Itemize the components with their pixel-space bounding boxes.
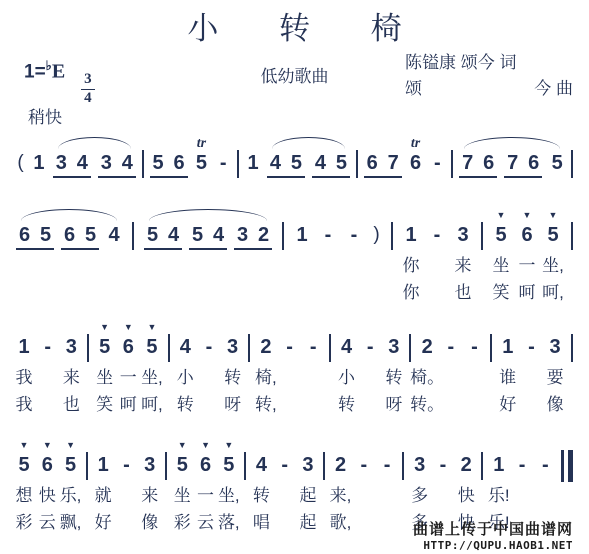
lyric-verse1: 坐 <box>96 364 113 391</box>
note-digit: 1 <box>16 335 32 359</box>
note: 3来也 <box>63 320 79 418</box>
note: 1 <box>31 136 47 175</box>
note: 1就好 <box>95 438 111 536</box>
note: 1 <box>294 208 310 247</box>
lyric-verse2: 歌, <box>330 509 352 536</box>
lyric-verse2: 呵, <box>141 391 163 418</box>
lyric-verse1: 椅。 <box>410 364 444 391</box>
barline <box>481 452 483 480</box>
barline <box>571 222 573 250</box>
note-digit: - <box>305 335 321 359</box>
credit-composer: 颂 今 曲 <box>405 76 573 102</box>
duration-dash: - <box>523 320 539 359</box>
note-digit: - <box>282 335 298 359</box>
accent-mark: ▼ <box>147 320 156 335</box>
note-digit: 5 <box>16 453 32 477</box>
lyric-verse1: 来 <box>63 364 80 391</box>
note: 2来,歌, <box>333 438 349 536</box>
note-digit: 5 <box>84 223 97 247</box>
note-digit: 3 <box>455 223 471 247</box>
duration-dash: - <box>514 438 530 477</box>
music-line-2: 656545454321--)1你你-3来也▼5坐笑▼6一呵▼5坐,呵, <box>16 208 573 306</box>
lyric-verse1: 转 <box>224 364 241 391</box>
duration-dash: - <box>282 320 298 359</box>
note-digit: - <box>201 335 217 359</box>
lyric-verse2: 唱 <box>253 509 270 536</box>
paren-glyph: ( <box>16 151 25 175</box>
note-digit: - <box>466 335 482 359</box>
lyric-verse1: 坐 <box>174 482 191 509</box>
lyric-verse2: 好 <box>95 509 112 536</box>
note-digit: - <box>429 151 445 175</box>
lyric-verse2: 你 <box>403 279 420 306</box>
barline <box>132 222 134 250</box>
note-digit: 2 <box>419 335 435 359</box>
note-digit: 5 <box>493 223 509 247</box>
score-page: 小 转 椅 1=♭E34 低幼歌曲 陈镒康 颂今 词 颂 今 曲 稍快 (134… <box>0 0 589 554</box>
lyric-verse1: 转 <box>253 482 270 509</box>
lyric-verse1: 谁 <box>499 364 516 391</box>
lyric-verse2: 也 <box>455 279 472 306</box>
barline <box>86 452 88 480</box>
note-digit: 5 <box>144 335 160 359</box>
lyric-verse2: 像 <box>547 391 564 418</box>
lyric-verse1: 坐 <box>493 252 510 279</box>
lyric-verse1: 坐, <box>141 364 163 391</box>
note: 2椅,转, <box>258 320 274 418</box>
note-digit: 4 <box>106 223 122 247</box>
barline <box>165 452 167 480</box>
barline <box>451 150 453 178</box>
accent-mark: ▼ <box>549 208 558 223</box>
beam-underline: 34 <box>98 151 136 178</box>
note-digit: 5 <box>193 151 209 175</box>
note-digit: 3 <box>63 335 79 359</box>
lyric-verse2: 呵 <box>519 279 536 306</box>
slur-group: 76765 <box>459 136 565 178</box>
note-digit: 3 <box>386 335 402 359</box>
note: ▼5坐,呵, <box>545 208 561 306</box>
lyric-verse2: 彩 <box>16 509 33 536</box>
note-digit: - <box>40 335 56 359</box>
lyric-verse1: 快 <box>458 482 475 509</box>
note: 3来也 <box>455 208 471 306</box>
note-digit: 4 <box>314 151 327 175</box>
watermark-url: HTTP://QUPU.HAOB1.NET <box>413 539 573 552</box>
duration-dash: - <box>277 438 293 477</box>
note-digit: - <box>523 335 539 359</box>
note-digit: 1 <box>491 453 507 477</box>
duration-dash: - <box>40 320 56 359</box>
barline <box>142 150 144 178</box>
slur-group: 3434 <box>53 136 136 178</box>
note-digit: 2 <box>333 453 349 477</box>
duration-dash: - <box>362 320 378 359</box>
accent-mark: ▼ <box>20 438 29 453</box>
note-digit: 4 <box>121 151 134 175</box>
lyric-verse1: 多 <box>411 482 428 509</box>
lyric-verse1: 快 <box>39 482 56 509</box>
note-digit: 4 <box>177 335 193 359</box>
duration-dash: - <box>466 320 482 359</box>
note: 3转呀 <box>386 320 402 418</box>
note: ▼6一呵 <box>120 320 136 418</box>
note-digit: 4 <box>76 151 89 175</box>
lyric-verse1: 就 <box>95 482 112 509</box>
lyric-verse1: 椅, <box>255 364 277 391</box>
beam-underline: 54 <box>144 223 182 250</box>
note: 2椅。转。 <box>419 320 435 418</box>
note-digit: 6 <box>482 151 495 175</box>
lyric-verse1: 小 <box>177 364 194 391</box>
duration-dash: - <box>443 320 459 359</box>
beam-underline: 45 <box>267 151 305 178</box>
lyric-verse1: 来 <box>455 252 472 279</box>
note-digit: 6 <box>527 151 540 175</box>
duration-dash: - <box>320 208 336 247</box>
lyric-verse1: 来 <box>141 482 158 509</box>
note-digit: 3 <box>547 335 563 359</box>
note-digit: - <box>537 453 553 477</box>
note-digit: 2 <box>458 453 474 477</box>
note-digit: 5 <box>191 223 204 247</box>
score-meta: 1=♭E34 低幼歌曲 陈镒康 颂今 词 颂 今 曲 <box>14 50 575 106</box>
note: 4小转 <box>339 320 355 418</box>
final-barline <box>561 450 573 482</box>
lyric-verse2: 笑 <box>493 279 510 306</box>
duration-dash: - <box>215 136 231 175</box>
note-digit: - <box>435 453 451 477</box>
credit-composer-right: 今 曲 <box>534 76 573 102</box>
beamed-note-pair: 56 <box>150 136 188 178</box>
lyric-verse1: 一 <box>197 482 214 509</box>
final-barline-thick <box>568 450 573 482</box>
note-digit: - <box>215 151 231 175</box>
lyric-verse2: 转 <box>338 391 355 418</box>
note-digit: 1 <box>294 223 310 247</box>
note-digit: 4 <box>339 335 355 359</box>
lyric-verse1: 我 <box>16 364 33 391</box>
note-digit: 2 <box>257 223 270 247</box>
note: ▼5想彩 <box>16 438 32 536</box>
note-digit: 3 <box>300 453 316 477</box>
watermark: 曲谱上传于中国曲谱网 HTTP://QUPU.HAOB1.NET <box>413 518 573 552</box>
lyric-verse1: 乐! <box>488 482 510 509</box>
beam-underline: 65 <box>16 223 54 250</box>
note-digit: 5 <box>545 223 561 247</box>
note: ▼6一呵 <box>519 208 535 306</box>
beam-underline: 76 <box>504 151 542 178</box>
note-digit: - <box>356 453 372 477</box>
lyric-verse2: 飘, <box>60 509 82 536</box>
lyric-verse2: 也 <box>63 391 80 418</box>
note: 1谁好 <box>500 320 516 418</box>
lyric-verse1: 乐, <box>60 482 82 509</box>
barline <box>87 334 89 362</box>
note-digit: 5 <box>174 453 190 477</box>
note: 4小转 <box>177 320 193 418</box>
accent-mark: ▼ <box>100 320 109 335</box>
note-digit: 3 <box>142 453 158 477</box>
barline <box>490 334 492 362</box>
final-barline-thin <box>561 450 564 482</box>
duration-dash: - <box>537 438 553 477</box>
barline <box>168 334 170 362</box>
note-digit: 6 <box>63 223 76 247</box>
note-digit: 5 <box>290 151 303 175</box>
trill-mark: tr <box>197 136 206 151</box>
accent-mark: ▼ <box>66 438 75 453</box>
note-digit: 6 <box>173 151 186 175</box>
barline <box>244 452 246 480</box>
barline <box>329 334 331 362</box>
song-title: 小 转 椅 <box>14 8 575 50</box>
parenthesis: ) <box>372 208 381 247</box>
note: 3来像 <box>142 438 158 536</box>
note: ▼5乐,飘, <box>63 438 79 536</box>
note-digit: 6 <box>198 453 214 477</box>
lyric-verse1: 想 <box>16 482 33 509</box>
note: ▼6快云 <box>39 438 55 536</box>
barline <box>409 334 411 362</box>
duration-dash: - <box>435 438 451 477</box>
note-digit: 7 <box>506 151 519 175</box>
note: ▼5坐,落, <box>221 438 237 536</box>
barline <box>282 222 284 250</box>
slur-group: 65654 <box>16 208 122 250</box>
accent-mark: ▼ <box>178 438 187 453</box>
note-digit: 5 <box>335 151 348 175</box>
note-digit: 1 <box>95 453 111 477</box>
duration-dash: - <box>118 438 134 477</box>
beam-underline: 45 <box>312 151 350 178</box>
note-digit: 5 <box>63 453 79 477</box>
note-digit: 1 <box>403 223 419 247</box>
lyric-verse2: 呵 <box>120 391 137 418</box>
lyric-verse2: 像 <box>141 509 158 536</box>
parenthesis: ( <box>16 136 25 175</box>
lyric-verse1: 坐, <box>218 482 240 509</box>
note-digit: 7 <box>461 151 474 175</box>
note-digit: 6 <box>120 335 136 359</box>
beam-underline: 67 <box>364 151 402 178</box>
accent-mark: ▼ <box>201 438 210 453</box>
lyric-verse2: 彩 <box>174 509 191 536</box>
lyric-verse2: 好 <box>499 391 516 418</box>
note-digit: 4 <box>212 223 225 247</box>
lyric-verse2: 呀 <box>224 391 241 418</box>
slur-group: 4545 <box>267 136 350 178</box>
note-digit: 7 <box>387 151 400 175</box>
note-digit: 6 <box>408 151 424 175</box>
note-digit: 6 <box>519 223 535 247</box>
lyric-verse2: 云 <box>197 509 214 536</box>
accent-mark: ▼ <box>224 438 233 453</box>
barline <box>248 334 250 362</box>
note-digit: - <box>443 335 459 359</box>
note-digit: 5 <box>152 151 165 175</box>
music-line-3: 1我我-3来也▼5坐笑▼6一呵▼5坐,呵,4小转-3转呀2椅,转,--4小转-3… <box>16 320 573 418</box>
lyric-verse1: 你 <box>403 252 420 279</box>
note-digit: 1 <box>31 151 47 175</box>
duration-dash: - <box>346 208 362 247</box>
note-digit: 5 <box>221 453 237 477</box>
note: 4转唱 <box>253 438 269 536</box>
note: ▼5坐笑 <box>97 320 113 418</box>
note-digit: 4 <box>269 151 282 175</box>
note: ▼5坐,呵, <box>144 320 160 418</box>
note: 1 <box>245 136 261 175</box>
lyric-verse2: 呵, <box>542 279 564 306</box>
lyric-verse2: 落, <box>218 509 240 536</box>
music-line-1: (1343456tr5-1454567tr6-76765 <box>16 136 573 178</box>
note-digit: 5 <box>549 151 565 175</box>
note-digit: 6 <box>366 151 379 175</box>
note-digit: 3 <box>100 151 113 175</box>
credit-lyricist: 陈镒康 颂今 词 <box>405 50 573 76</box>
note-digit: 5 <box>97 335 113 359</box>
duration-dash: - <box>429 136 445 175</box>
accent-mark: ▼ <box>523 208 532 223</box>
beam-underline: 54 <box>189 223 227 250</box>
note-digit: - <box>277 453 293 477</box>
duration-dash: - <box>305 320 321 359</box>
barline <box>571 334 573 362</box>
note-digit: 6 <box>18 223 31 247</box>
lyric-verse2: 呀 <box>385 391 402 418</box>
lyric-verse1: 一 <box>519 252 536 279</box>
lyric-verse1: 来, <box>330 482 352 509</box>
note: ▼5坐彩 <box>174 438 190 536</box>
note: 3转呀 <box>225 320 241 418</box>
lyric-verse2: 笑 <box>96 391 113 418</box>
note: tr5 <box>193 136 209 175</box>
note-digit: 3 <box>225 335 241 359</box>
note-digit: - <box>429 223 445 247</box>
lyric-verse1: 转 <box>385 364 402 391</box>
note-digit: 2 <box>258 335 274 359</box>
note-digit: - <box>379 453 395 477</box>
note: 3起起 <box>300 438 316 536</box>
duration-dash: - <box>201 320 217 359</box>
lyric-verse1: 起 <box>299 482 316 509</box>
note-digit: - <box>118 453 134 477</box>
note: 1我我 <box>16 320 32 418</box>
note-digit: 3 <box>55 151 68 175</box>
note-digit: 5 <box>39 223 52 247</box>
credit-composer-left: 颂 <box>405 76 422 102</box>
note: ▼5坐笑 <box>493 208 509 306</box>
barline <box>391 222 393 250</box>
note-digit: 1 <box>245 151 261 175</box>
lyric-verse2: 云 <box>39 509 56 536</box>
score-body: (1343456tr5-1454567tr6-76765656545454321… <box>14 136 575 536</box>
accent-mark: ▼ <box>43 438 52 453</box>
note-digit: 3 <box>236 223 249 247</box>
accent-mark: ▼ <box>124 320 133 335</box>
note-digit: 3 <box>412 453 428 477</box>
note-digit: 6 <box>39 453 55 477</box>
note: tr6 <box>408 136 424 175</box>
lyric-verse1: 要 <box>547 364 564 391</box>
lyric-verse1: 一 <box>120 364 137 391</box>
barline <box>356 150 358 178</box>
duration-dash: - <box>379 438 395 477</box>
lyric-verse1: 小 <box>338 364 355 391</box>
note-digit: 4 <box>253 453 269 477</box>
note-digit: 1 <box>500 335 516 359</box>
note: ▼6一云 <box>198 438 214 536</box>
beam-underline: 34 <box>53 151 91 178</box>
watermark-site-name: 曲谱上传于中国曲谱网 <box>413 518 573 539</box>
note-digit: - <box>346 223 362 247</box>
beam-underline: 76 <box>459 151 497 178</box>
note-digit: - <box>320 223 336 247</box>
barline <box>402 452 404 480</box>
barline <box>237 150 239 178</box>
beam-underline: 56 <box>150 151 188 178</box>
note-digit: 4 <box>167 223 180 247</box>
beam-underline: 32 <box>234 223 272 250</box>
lyric-verse2: 我 <box>16 391 33 418</box>
lyric-verse1: 坐, <box>542 252 564 279</box>
note: 3要像 <box>547 320 563 418</box>
note-digit: - <box>514 453 530 477</box>
note-digit: 5 <box>146 223 159 247</box>
credits: 陈镒康 颂今 词 颂 今 曲 <box>405 50 573 102</box>
paren-glyph: ) <box>372 223 381 247</box>
tempo-marking: 稍快 <box>28 106 575 130</box>
beamed-note-pair: 67 <box>364 136 402 178</box>
barline <box>571 150 573 178</box>
lyric-verse2: 转。 <box>410 391 444 418</box>
trill-mark: tr <box>411 136 420 151</box>
duration-dash: - <box>356 438 372 477</box>
accent-mark: ▼ <box>497 208 506 223</box>
lyric-verse2: 转, <box>255 391 277 418</box>
slur-group: 545432 <box>144 208 272 250</box>
note-digit: - <box>362 335 378 359</box>
note: 1你你 <box>403 208 419 306</box>
lyric-verse2: 转 <box>177 391 194 418</box>
barline <box>481 222 483 250</box>
time-denominator: 4 <box>84 90 92 107</box>
lyric-verse2: 起 <box>299 509 316 536</box>
beam-underline: 65 <box>61 223 99 250</box>
duration-dash: - <box>429 208 445 247</box>
barline <box>323 452 325 480</box>
